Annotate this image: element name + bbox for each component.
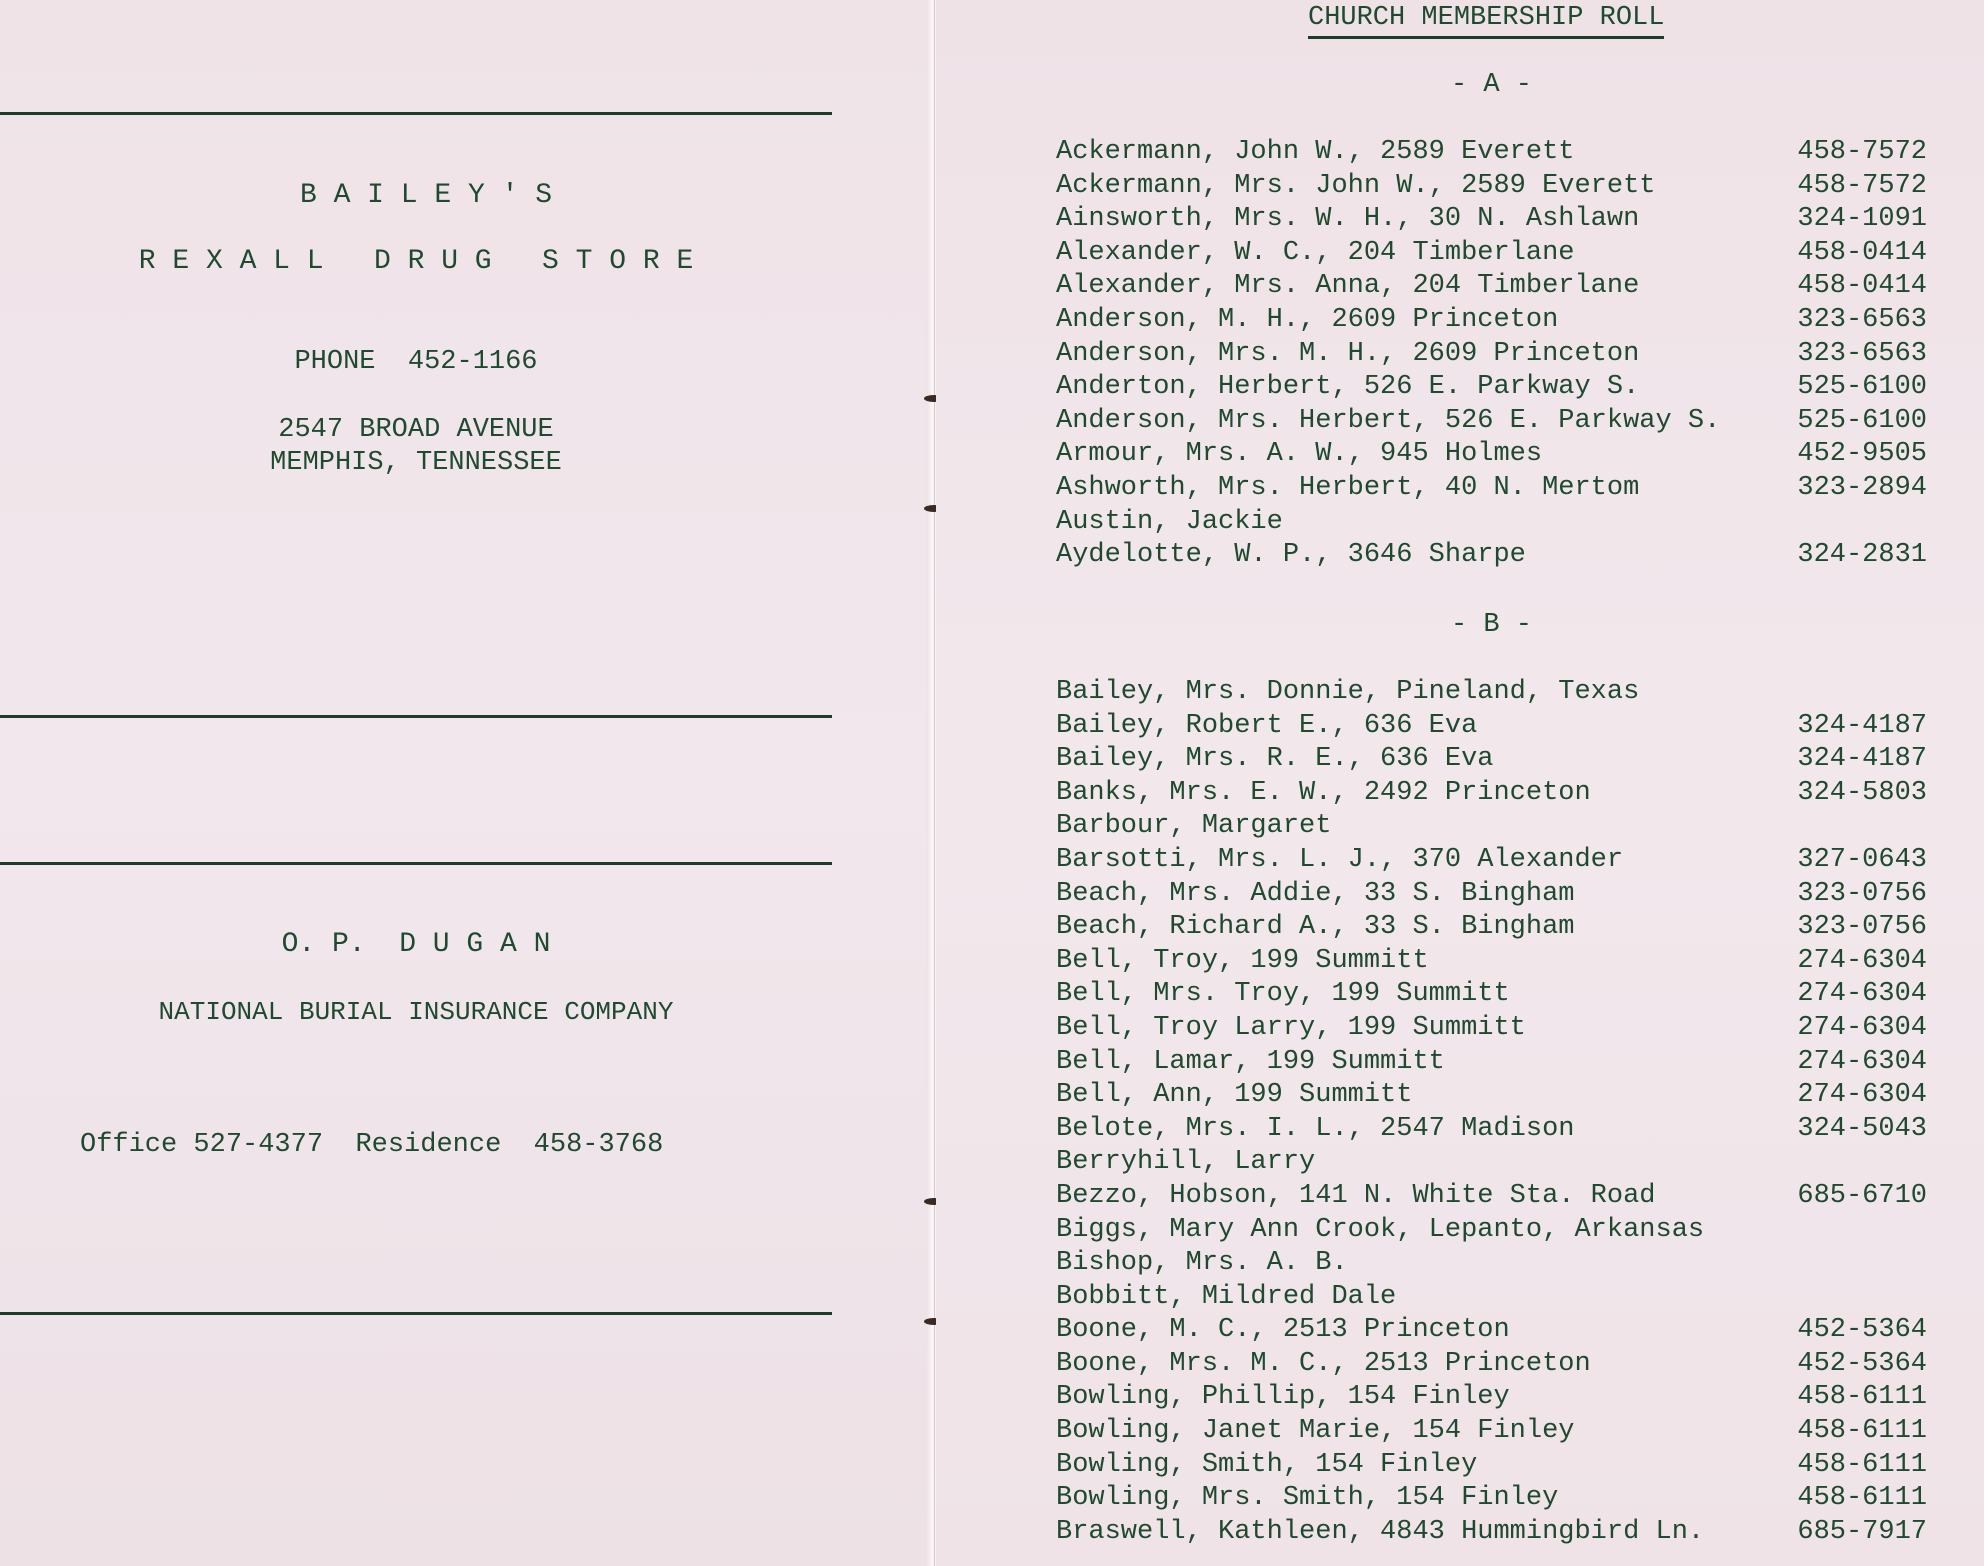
divider-rule [0,862,832,865]
member-name-address: Bowling, Smith, 154 Finley [1056,1449,1477,1483]
member-phone: 274-6304 [1797,945,1927,979]
member-name-address: Boone, Mrs. M. C., 2513 Princeton [1056,1348,1591,1382]
member-name-address: Bell, Lamar, 199 Summitt [1056,1046,1445,1080]
member-phone: 324-5803 [1797,777,1927,811]
member-entry: Alexander, W. C., 204 Timberlane458-0414 [1056,237,1927,271]
member-entry: Bowling, Phillip, 154 Finley458-6111 [1056,1381,1927,1415]
section-heading-b: - B - [1056,610,1927,640]
member-entry: Bell, Lamar, 199 Summitt274-6304 [1056,1046,1927,1080]
member-name-address: Bishop, Mrs. A. B. [1056,1247,1348,1281]
member-name-address: Belote, Mrs. I. L., 2547 Madison [1056,1113,1574,1147]
member-entry: Bowling, Smith, 154 Finley458-6111 [1056,1449,1927,1483]
member-name-address: Bailey, Robert E., 636 Eva [1056,710,1477,744]
member-name-address: Armour, Mrs. A. W., 945 Holmes [1056,438,1542,472]
member-entry: Banks, Mrs. E. W., 2492 Princeton324-580… [1056,777,1927,811]
member-name-address: Bailey, Mrs. R. E., 636 Eva [1056,743,1493,777]
member-name-address: Bowling, Phillip, 154 Finley [1056,1381,1510,1415]
member-list-b: Bailey, Mrs. Donnie, Pineland, TexasBail… [1056,676,1927,1549]
insurance-contact: Office 527-4377 Residence 458-3768 [80,1130,663,1160]
member-list-a: Ackermann, John W., 2589 Everett458-7572… [1056,136,1927,573]
member-entry: Braswell, Kathleen, 4843 Hummingbird Ln.… [1056,1516,1927,1550]
left-page: B A I L E Y ' S R E X A L L D R U G S T … [0,0,932,1566]
member-phone: 324-2831 [1797,539,1927,573]
divider-rule [0,112,832,115]
member-entry: Bishop, Mrs. A. B. [1056,1247,1927,1281]
member-phone: 458-6111 [1797,1415,1927,1449]
member-phone: 685-6710 [1797,1180,1927,1214]
pharmacy-store-line: R E X A L L D R U G S T O R E [0,246,832,277]
member-entry: Anderson, Mrs. Herbert, 526 E. Parkway S… [1056,405,1927,439]
member-entry: Anderson, M. H., 2609 Princeton323-6563 [1056,304,1927,338]
insurance-company: NATIONAL BURIAL INSURANCE COMPANY [0,997,832,1027]
member-name-address: Bell, Mrs. Troy, 199 Summitt [1056,978,1510,1012]
member-name-address: Alexander, W. C., 204 Timberlane [1056,237,1574,271]
member-phone: 324-4187 [1797,743,1927,777]
member-name-address: Berryhill, Larry [1056,1146,1315,1180]
member-name-address: Bell, Troy, 199 Summitt [1056,945,1429,979]
section-heading-a: - A - [1056,70,1927,100]
member-name-address: Bell, Ann, 199 Summitt [1056,1079,1412,1113]
member-name-address: Aydelotte, W. P., 3646 Sharpe [1056,539,1526,573]
member-phone: 274-6304 [1797,978,1927,1012]
member-entry: Armour, Mrs. A. W., 945 Holmes452-9505 [1056,438,1927,472]
pharmacy-name: B A I L E Y ' S [0,180,842,211]
member-phone: 274-6304 [1797,1046,1927,1080]
member-phone: 452-5364 [1797,1314,1927,1348]
member-name-address: Beach, Richard A., 33 S. Bingham [1056,911,1574,945]
pharmacy-address-line2: MEMPHIS, TENNESSEE [0,448,832,478]
member-phone: 685-7917 [1797,1516,1927,1550]
member-entry: Boone, M. C., 2513 Princeton452-5364 [1056,1314,1927,1348]
member-name-address: Anderson, M. H., 2609 Princeton [1056,304,1558,338]
member-phone: 323-6563 [1797,338,1927,372]
member-name-address: Banks, Mrs. E. W., 2492 Princeton [1056,777,1591,811]
member-name-address: Bailey, Mrs. Donnie, Pineland, Texas [1056,676,1639,710]
spine-crease [934,0,935,1566]
member-phone: 323-0756 [1797,878,1927,912]
member-entry: Berryhill, Larry [1056,1146,1927,1180]
member-entry: Bowling, Mrs. Smith, 154 Finley458-6111 [1056,1482,1927,1516]
member-name-address: Barbour, Margaret [1056,810,1331,844]
member-phone: 452-9505 [1797,438,1927,472]
member-name-address: Anderton, Herbert, 526 E. Parkway S. [1056,371,1639,405]
member-name-address: Bowling, Mrs. Smith, 154 Finley [1056,1482,1558,1516]
member-name-address: Ainsworth, Mrs. W. H., 30 N. Ashlawn [1056,203,1639,237]
member-entry: Bell, Ann, 199 Summitt274-6304 [1056,1079,1927,1113]
member-name-address: Ackermann, Mrs. John W., 2589 Everett [1056,170,1656,204]
roll-title: CHURCH MEMBERSHIP ROLL [1308,2,1664,39]
member-entry: Bezzo, Hobson, 141 N. White Sta. Road685… [1056,1180,1927,1214]
member-phone: 525-6100 [1797,405,1927,439]
pharmacy-phone: PHONE 452-1166 [0,347,832,377]
member-entry: Ashworth, Mrs. Herbert, 40 N. Mertom323-… [1056,472,1927,506]
divider-rule [0,715,832,718]
member-entry: Beach, Richard A., 33 S. Bingham323-0756 [1056,911,1927,945]
member-entry: Ainsworth, Mrs. W. H., 30 N. Ashlawn324-… [1056,203,1927,237]
member-name-address: Bezzo, Hobson, 141 N. White Sta. Road [1056,1180,1656,1214]
member-entry: Bell, Mrs. Troy, 199 Summitt274-6304 [1056,978,1927,1012]
member-name-address: Bowling, Janet Marie, 154 Finley [1056,1415,1574,1449]
member-phone: 323-6563 [1797,304,1927,338]
member-entry: Barbour, Margaret [1056,810,1927,844]
member-phone: 324-5043 [1797,1113,1927,1147]
pharmacy-address-line1: 2547 BROAD AVENUE [0,415,832,445]
member-entry: Aydelotte, W. P., 3646 Sharpe324-2831 [1056,539,1927,573]
member-entry: Anderson, Mrs. M. H., 2609 Princeton323-… [1056,338,1927,372]
member-phone: 458-0414 [1797,270,1927,304]
member-phone: 323-2894 [1797,472,1927,506]
member-name-address: Anderson, Mrs. M. H., 2609 Princeton [1056,338,1639,372]
member-phone: 525-6100 [1797,371,1927,405]
member-phone: 324-1091 [1797,203,1927,237]
member-phone: 324-4187 [1797,710,1927,744]
member-entry: Alexander, Mrs. Anna, 204 Timberlane458-… [1056,270,1927,304]
member-name-address: Barsotti, Mrs. L. J., 370 Alexander [1056,844,1623,878]
member-phone: 274-6304 [1797,1012,1927,1046]
member-name-address: Braswell, Kathleen, 4843 Hummingbird Ln. [1056,1516,1704,1550]
member-phone: 274-6304 [1797,1079,1927,1113]
member-phone: 323-0756 [1797,911,1927,945]
member-name-address: Biggs, Mary Ann Crook, Lepanto, Arkansas [1056,1214,1704,1248]
member-phone: 327-0643 [1797,844,1927,878]
member-name-address: Boone, M. C., 2513 Princeton [1056,1314,1510,1348]
member-phone: 458-7572 [1797,136,1927,170]
member-entry: Bailey, Mrs. R. E., 636 Eva324-4187 [1056,743,1927,777]
member-entry: Bailey, Mrs. Donnie, Pineland, Texas [1056,676,1927,710]
member-phone: 458-6111 [1797,1482,1927,1516]
member-name-address: Bobbitt, Mildred Dale [1056,1281,1396,1315]
member-entry: Ackermann, John W., 2589 Everett458-7572 [1056,136,1927,170]
member-entry: Bobbitt, Mildred Dale [1056,1281,1927,1315]
member-name-address: Bell, Troy Larry, 199 Summitt [1056,1012,1526,1046]
member-phone: 458-7572 [1797,170,1927,204]
member-name-address: Austin, Jackie [1056,506,1283,540]
member-entry: Bailey, Robert E., 636 Eva324-4187 [1056,710,1927,744]
member-entry: Boone, Mrs. M. C., 2513 Princeton452-536… [1056,1348,1927,1382]
member-name-address: Ackermann, John W., 2589 Everett [1056,136,1574,170]
member-entry: Belote, Mrs. I. L., 2547 Madison324-5043 [1056,1113,1927,1147]
member-phone: 458-0414 [1797,237,1927,271]
member-entry: Biggs, Mary Ann Crook, Lepanto, Arkansas [1056,1214,1927,1248]
member-phone: 458-6111 [1797,1449,1927,1483]
member-entry: Bell, Troy Larry, 199 Summitt274-6304 [1056,1012,1927,1046]
member-name-address: Ashworth, Mrs. Herbert, 40 N. Mertom [1056,472,1639,506]
member-name-address: Beach, Mrs. Addie, 33 S. Bingham [1056,878,1574,912]
member-entry: Austin, Jackie [1056,506,1927,540]
member-entry: Anderton, Herbert, 526 E. Parkway S.525-… [1056,371,1927,405]
insurance-agent-name: O. P. D U G A N [0,929,832,960]
member-phone: 458-6111 [1797,1381,1927,1415]
member-name-address: Anderson, Mrs. Herbert, 526 E. Parkway S… [1056,405,1720,439]
member-entry: Bowling, Janet Marie, 154 Finley458-6111 [1056,1415,1927,1449]
member-name-address: Alexander, Mrs. Anna, 204 Timberlane [1056,270,1639,304]
member-phone: 452-5364 [1797,1348,1927,1382]
member-entry: Barsotti, Mrs. L. J., 370 Alexander327-0… [1056,844,1927,878]
member-entry: Bell, Troy, 199 Summitt274-6304 [1056,945,1927,979]
page-edge [1984,0,1988,1566]
member-entry: Beach, Mrs. Addie, 33 S. Bingham323-0756 [1056,878,1927,912]
divider-rule [0,1312,832,1315]
member-entry: Ackermann, Mrs. John W., 2589 Everett458… [1056,170,1927,204]
